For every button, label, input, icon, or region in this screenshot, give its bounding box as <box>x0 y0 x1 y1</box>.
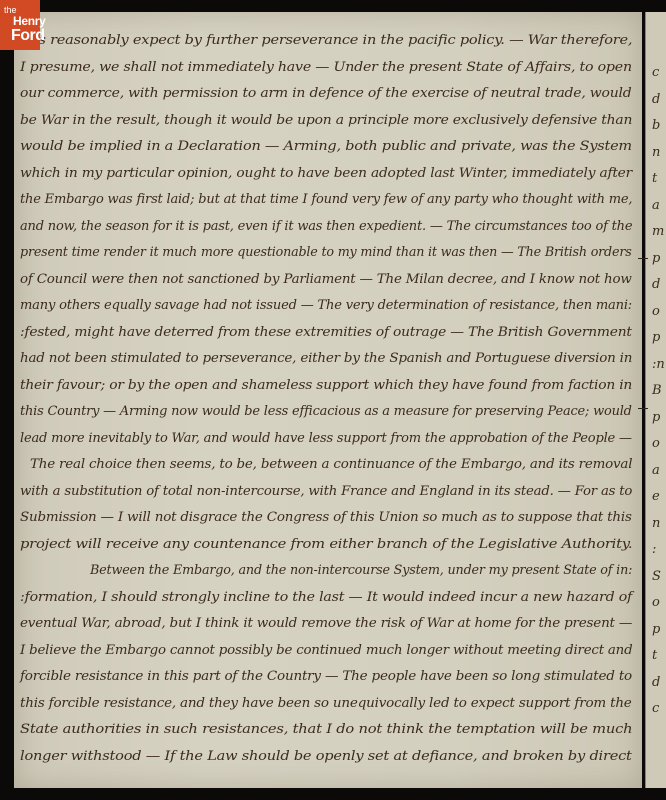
text-line: eventual War, abroad, but I think it wou… <box>20 611 630 638</box>
text-line: be War in the result, though it would be… <box>20 108 630 135</box>
fold-mark <box>638 408 648 409</box>
fragment: b <box>652 113 666 140</box>
manuscript-text: as reasonably expect by further persever… <box>20 14 630 770</box>
fragment: p <box>652 325 666 352</box>
fragment: m <box>652 219 666 246</box>
fragment: n <box>652 140 666 167</box>
fragment: a <box>652 458 666 485</box>
text-line: which in my particular opinion, ought to… <box>20 161 630 188</box>
text-line: :formation, I should strongly incline to… <box>20 585 630 612</box>
fragment: d <box>652 272 666 299</box>
text-line: of Council were then not sanctioned by P… <box>20 267 630 294</box>
fragment: a <box>652 193 666 220</box>
text-line: longer withstood — If the Law should be … <box>20 744 630 771</box>
text-line: and now, the season for it is past, even… <box>20 214 630 241</box>
text-line: had not been stimulated to perseverance,… <box>20 346 630 373</box>
text-line: :fested, might have deterred from these … <box>20 320 630 347</box>
fragment: :n <box>652 352 666 379</box>
text-line: this forcible resistance, and they have … <box>20 691 630 718</box>
fragment: d <box>652 87 666 114</box>
text-line-paragraph-start: Between the Embargo, and the non-interco… <box>20 558 630 585</box>
text-line: Submission — I will not disgrace the Con… <box>20 505 630 532</box>
fragment: t <box>652 166 666 193</box>
fragment: e <box>652 484 666 511</box>
logo-henry: Henry <box>13 15 46 27</box>
text-line: project will receive any countenance fro… <box>20 532 630 559</box>
fragment: p <box>652 405 666 432</box>
text-line: with a substitution of total non-interco… <box>20 479 630 506</box>
text-line: I believe the Embargo cannot possibly be… <box>20 638 630 665</box>
text-line: forcible resistance in this part of the … <box>20 664 630 691</box>
text-line: as reasonably expect by further persever… <box>20 28 630 55</box>
text-line: our commerce, with permission to arm in … <box>20 81 630 108</box>
text-line: would be implied in a Declaration — Armi… <box>20 134 630 161</box>
adjacent-page-fragments: c d b n t a m p d o p :n B p o a e n : S… <box>652 60 666 723</box>
fragment: S <box>652 564 666 591</box>
henry-ford-logo: the Henry Ford <box>0 0 40 50</box>
fragment: : <box>652 537 666 564</box>
fragment: c <box>652 696 666 723</box>
text-line: The real choice then seems, to be, betwe… <box>20 452 630 479</box>
text-line: lead more inevitably to War, and would h… <box>20 426 630 453</box>
text-line: State authorities in such resistances, t… <box>20 717 630 744</box>
text-line: their favour; or by the open and shamele… <box>20 373 630 400</box>
fragment: p <box>652 617 666 644</box>
text-line: the Embargo was first laid; but at that … <box>20 187 630 214</box>
text-line: many others equally savage had not issue… <box>20 293 630 320</box>
fragment: c <box>652 60 666 87</box>
fragment: t <box>652 643 666 670</box>
fragment: B <box>652 378 666 405</box>
fragment: n <box>652 511 666 538</box>
fragment: o <box>652 590 666 617</box>
text-line: I presume, we shall not immediately have… <box>20 55 630 82</box>
fragment: p <box>652 246 666 273</box>
text-line: this Country — Arming now would be less … <box>20 399 630 426</box>
fragment: o <box>652 431 666 458</box>
fragment: d <box>652 670 666 697</box>
fold-mark <box>638 258 648 259</box>
logo-ford: Ford <box>11 28 45 44</box>
text-line: present time render it much more questio… <box>20 240 630 267</box>
fragment: o <box>652 299 666 326</box>
